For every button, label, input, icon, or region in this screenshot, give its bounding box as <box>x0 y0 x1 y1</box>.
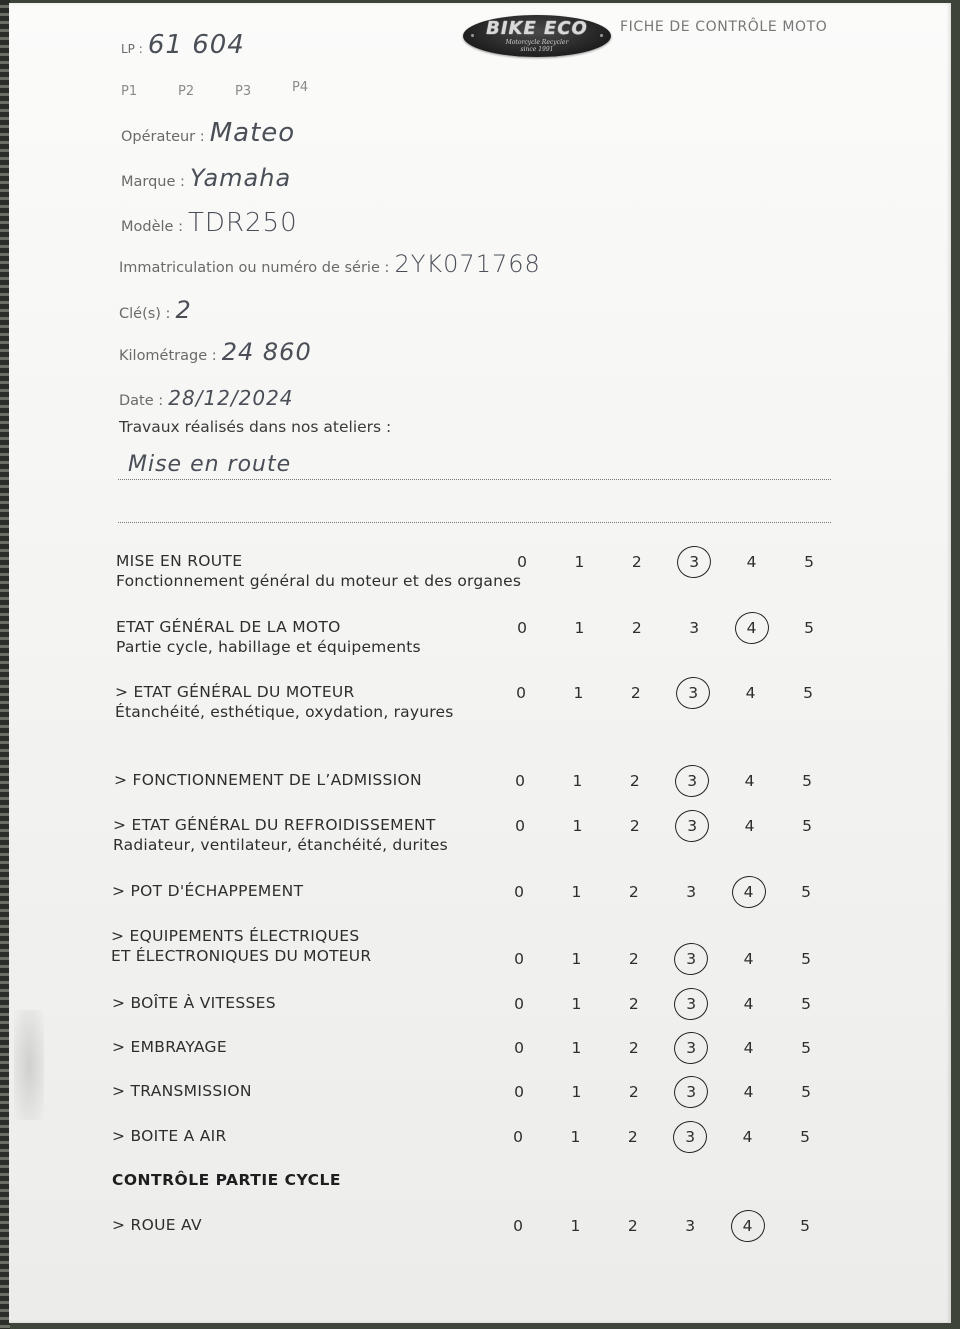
criterion-title: > FONCTIONNEMENT DE L’ADMISSION <box>114 771 422 789</box>
rating-option[interactable]: 5 <box>792 770 822 792</box>
rating-option[interactable]: 1 <box>561 881 591 903</box>
rating-option[interactable]: 3 <box>679 617 709 639</box>
bike-eco-logo: BIKE ECO Motorcycle Recycler since 1991 <box>463 15 611 57</box>
rating-option-selected[interactable]: 4 <box>734 881 764 903</box>
rating-option[interactable]: 1 <box>560 1126 590 1148</box>
rating-option-selected[interactable]: 3 <box>676 1081 706 1103</box>
priority-options: P1P2P3P4 <box>121 84 349 99</box>
rating-option-selected[interactable]: 3 <box>676 993 706 1015</box>
rating-scale: 012345 <box>503 1126 823 1148</box>
rating-option[interactable]: 1 <box>561 1081 591 1103</box>
criterion-title: > BOITE A AIR <box>112 1127 227 1145</box>
logo-rivet-icon <box>471 34 474 37</box>
rating-option[interactable]: 0 <box>506 682 536 704</box>
criterion-title: ETAT GÉNÉRAL DE LA MOTO <box>116 618 421 636</box>
rating-scale: 012345 <box>506 682 826 704</box>
travaux-line-1 <box>118 479 831 480</box>
criterion-title: > ETAT GÉNÉRAL DU REFROIDISSEMENT <box>113 816 448 834</box>
criterion-row: > BOÎTE À VITESSES <box>112 994 276 1012</box>
rating-option[interactable]: 1 <box>562 815 592 837</box>
rating-option[interactable]: 2 <box>619 1081 649 1103</box>
rating-option[interactable]: 1 <box>564 551 594 573</box>
rating-option[interactable]: 1 <box>560 1215 590 1237</box>
criterion-title: > POT D'ÉCHAPPEMENT <box>112 882 303 900</box>
kilometrage-value[interactable]: 24 860 <box>222 338 312 366</box>
rating-option-selected[interactable]: 4 <box>733 1215 763 1237</box>
rating-option[interactable]: 5 <box>790 1215 820 1237</box>
priority-option[interactable]: P3 <box>235 84 292 99</box>
rating-option[interactable]: 2 <box>621 682 651 704</box>
paper-sheet <box>9 3 951 1323</box>
rating-option[interactable]: 4 <box>734 993 764 1015</box>
criterion-title: > BOÎTE À VITESSES <box>112 994 276 1012</box>
logo-tagline-year: since 1991 <box>463 46 611 53</box>
rating-option-selected[interactable]: 3 <box>676 1037 706 1059</box>
criterion-row: > ETAT GÉNÉRAL DU REFROIDISSEMENTRadiate… <box>113 816 448 854</box>
rating-option[interactable]: 5 <box>792 815 822 837</box>
rating-option[interactable]: 1 <box>563 682 593 704</box>
rating-option[interactable]: 0 <box>507 617 537 639</box>
immatriculation-label: Immatriculation ou numéro de série : <box>119 260 389 276</box>
rating-scale: 012345 <box>504 881 824 903</box>
lp-label: LP : <box>121 42 143 56</box>
travaux-label: Travaux réalisés dans nos ateliers : <box>119 418 391 436</box>
criterion-title: > EQUIPEMENTS ÉLECTRIQUES <box>111 927 371 945</box>
priority-option[interactable]: P1 <box>121 84 178 99</box>
rating-option[interactable]: 0 <box>504 881 534 903</box>
rating-option[interactable]: 2 <box>619 948 649 970</box>
criterion-subtitle: Radiateur, ventilateur, étanchéité, duri… <box>113 836 448 854</box>
rating-scale: 012345 <box>504 1081 824 1103</box>
rating-option[interactable]: 2 <box>619 1037 649 1059</box>
cles-field: Clé(s) : 2 <box>119 296 192 324</box>
criterion-row: > BOITE A AIR <box>112 1127 227 1145</box>
criterion-row: > FONCTIONNEMENT DE L’ADMISSION <box>114 771 422 789</box>
rating-option[interactable]: 2 <box>620 815 650 837</box>
criterion-row: MISE EN ROUTEFonctionnement général du m… <box>116 552 521 590</box>
rating-option[interactable]: 5 <box>791 993 821 1015</box>
criterion-subtitle: Étanchéité, esthétique, oxydation, rayur… <box>115 703 453 721</box>
rating-option[interactable]: 1 <box>564 617 594 639</box>
criterion-subtitle: ET ÉLECTRONIQUES DU MOTEUR <box>111 947 371 965</box>
rating-scale: 012345 <box>504 1037 824 1059</box>
operateur-value[interactable]: Mateo <box>210 118 295 148</box>
criterion-row: > ROUE AV <box>112 1216 202 1234</box>
modele-field: Modèle : TDR250 <box>121 208 298 238</box>
criterion-title: > EMBRAYAGE <box>112 1038 227 1056</box>
rating-option[interactable]: 4 <box>734 948 764 970</box>
modele-value[interactable]: TDR250 <box>188 208 298 238</box>
rating-option[interactable]: 5 <box>791 1037 821 1059</box>
priority-option[interactable]: P4 <box>292 80 349 95</box>
date-label: Date : <box>119 393 163 409</box>
rating-option[interactable]: 4 <box>733 1126 763 1148</box>
section-title-partie-cycle: CONTRÔLE PARTIE CYCLE <box>112 1171 341 1189</box>
kilometrage-label: Kilométrage : <box>119 348 217 364</box>
rating-option[interactable]: 4 <box>736 682 766 704</box>
rating-scale: 012345 <box>507 617 827 639</box>
operateur-field: Opérateur : Mateo <box>121 118 295 148</box>
rating-option[interactable]: 0 <box>505 815 535 837</box>
criterion-subtitle: Fonctionnement général du moteur et des … <box>116 572 521 590</box>
rating-option[interactable]: 4 <box>734 1037 764 1059</box>
rating-option[interactable]: 4 <box>734 1081 764 1103</box>
criterion-row: > EQUIPEMENTS ÉLECTRIQUESET ÉLECTRONIQUE… <box>111 927 371 965</box>
rating-option-selected[interactable]: 3 <box>677 770 707 792</box>
criterion-title: > ETAT GÉNÉRAL DU MOTEUR <box>115 683 453 701</box>
rating-scale: 012345 <box>505 770 825 792</box>
rating-option[interactable]: 1 <box>562 770 592 792</box>
form-title: FICHE DE CONTRÔLE MOTO <box>620 19 827 35</box>
rating-option[interactable]: 3 <box>676 881 706 903</box>
cles-label: Clé(s) : <box>119 306 170 322</box>
rating-option[interactable]: 2 <box>619 993 649 1015</box>
criterion-title: > TRANSMISSION <box>112 1082 252 1100</box>
cles-value[interactable]: 2 <box>176 296 192 324</box>
rating-option[interactable]: 5 <box>791 881 821 903</box>
criterion-title: MISE EN ROUTE <box>116 552 521 570</box>
rating-option[interactable]: 0 <box>503 1215 533 1237</box>
criterion-row: > ETAT GÉNÉRAL DU MOTEURÉtanchéité, esth… <box>115 683 453 721</box>
rating-option[interactable]: 4 <box>735 770 765 792</box>
immatriculation-value[interactable]: 2YK071768 <box>394 250 540 278</box>
rating-option[interactable]: 0 <box>505 770 535 792</box>
rating-option[interactable]: 0 <box>504 948 534 970</box>
rating-option[interactable]: 0 <box>507 551 537 573</box>
rating-option[interactable]: 2 <box>618 1126 648 1148</box>
rating-option[interactable]: 5 <box>791 1081 821 1103</box>
rating-option[interactable]: 4 <box>737 551 767 573</box>
criterion-title: > ROUE AV <box>112 1216 202 1234</box>
date-value[interactable]: 28/12/2024 <box>168 386 293 410</box>
rating-option[interactable]: 3 <box>675 1215 705 1237</box>
rating-option[interactable]: 5 <box>790 1126 820 1148</box>
rating-option[interactable]: 0 <box>504 1037 534 1059</box>
rating-option[interactable]: 5 <box>794 617 824 639</box>
logo-rivet-icon <box>600 34 603 37</box>
priority-option[interactable]: P2 <box>178 84 235 99</box>
rating-option[interactable]: 1 <box>561 948 591 970</box>
rating-option[interactable]: 5 <box>794 551 824 573</box>
rating-scale: 012345 <box>507 551 827 573</box>
rating-option[interactable]: 5 <box>793 682 823 704</box>
rating-option[interactable]: 2 <box>619 881 649 903</box>
rating-scale: 012345 <box>504 948 824 970</box>
criterion-row: ETAT GÉNÉRAL DE LA MOTOPartie cycle, hab… <box>116 618 421 656</box>
rating-option[interactable]: 2 <box>618 1215 648 1237</box>
travaux-value[interactable]: Mise en route <box>128 452 291 477</box>
logo-name: BIKE ECO <box>463 18 611 39</box>
criterion-row: > TRANSMISSION <box>112 1082 252 1100</box>
rating-option[interactable]: 0 <box>504 993 534 1015</box>
paper-smudge <box>14 1010 44 1120</box>
rating-option[interactable]: 1 <box>561 1037 591 1059</box>
rating-option[interactable]: 1 <box>561 993 591 1015</box>
rating-option-selected[interactable]: 4 <box>737 617 767 639</box>
rating-option-selected[interactable]: 3 <box>679 551 709 573</box>
rating-option[interactable]: 0 <box>504 1081 534 1103</box>
rating-option-selected[interactable]: 3 <box>675 1126 705 1148</box>
lp-field: LP : 61 604 <box>121 30 245 60</box>
logo-tagline: Motorcycle Recycler <box>463 39 611 46</box>
criterion-row: > EMBRAYAGE <box>112 1038 227 1056</box>
criterion-row: > POT D'ÉCHAPPEMENT <box>112 882 303 900</box>
criterion-subtitle: Partie cycle, habillage et équipements <box>116 638 421 656</box>
rating-option[interactable]: 0 <box>503 1126 533 1148</box>
marque-value[interactable]: Yamaha <box>190 164 291 192</box>
travaux-line-2 <box>118 522 831 523</box>
marque-field: Marque : Yamaha <box>121 164 291 192</box>
rating-scale: 012345 <box>503 1215 823 1237</box>
rating-scale: 012345 <box>504 993 824 1015</box>
operateur-label: Opérateur : <box>121 129 205 145</box>
modele-label: Modèle : <box>121 219 183 235</box>
immatriculation-field: Immatriculation ou numéro de série : 2YK… <box>119 250 541 278</box>
rating-option[interactable]: 4 <box>735 815 765 837</box>
kilometrage-field: Kilométrage : 24 860 <box>119 338 312 366</box>
rating-option[interactable]: 5 <box>791 948 821 970</box>
rating-option[interactable]: 2 <box>622 551 652 573</box>
rating-option[interactable]: 2 <box>620 770 650 792</box>
rating-option-selected[interactable]: 3 <box>678 682 708 704</box>
rating-option[interactable]: 2 <box>622 617 652 639</box>
rating-option-selected[interactable]: 3 <box>677 815 707 837</box>
date-field: Date : 28/12/2024 <box>119 386 294 410</box>
rating-scale: 012345 <box>505 815 825 837</box>
rating-option-selected[interactable]: 3 <box>676 948 706 970</box>
marque-label: Marque : <box>121 174 185 190</box>
lp-value[interactable]: 61 604 <box>148 30 245 60</box>
